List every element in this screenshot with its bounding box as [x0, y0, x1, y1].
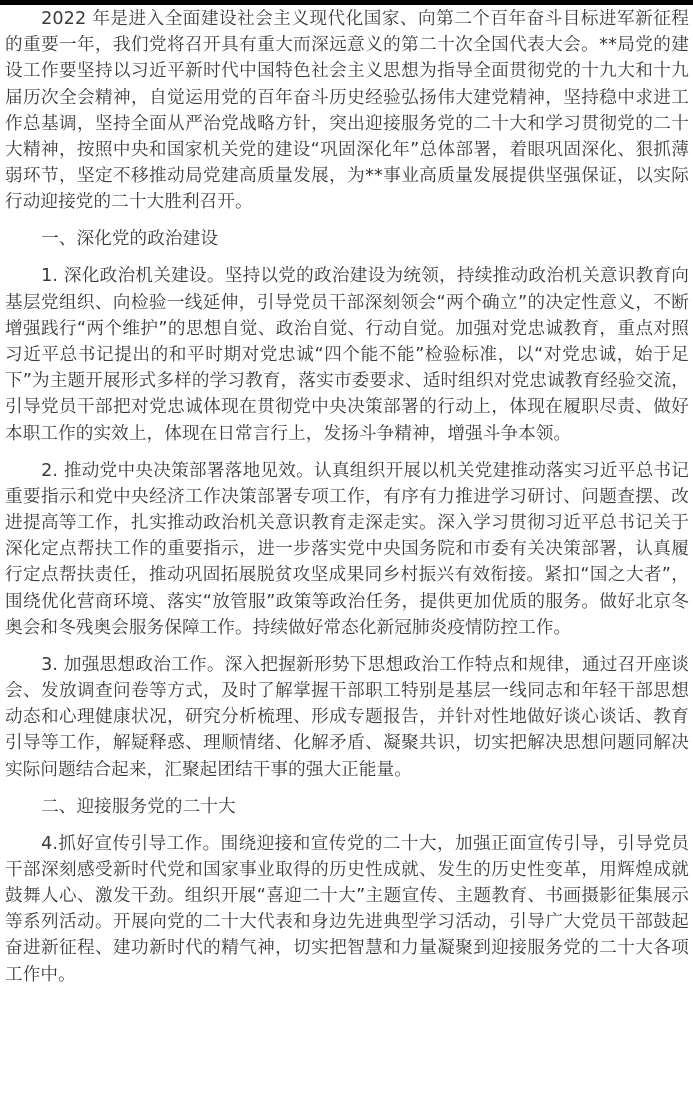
section-heading-2: 二、迎接服务党的二十大: [5, 794, 689, 820]
document-body: 2022 年是进入全面建设社会主义现代化国家、向第二个百年奋斗目标进军新征程的重…: [5, 6, 689, 999]
top-edge-bar: [0, 0, 693, 5]
intro-paragraph: 2022 年是进入全面建设社会主义现代化国家、向第二个百年奋斗目标进军新征程的重…: [5, 6, 689, 216]
paragraph-item-2: 2. 推动党中央决策部署落地见效。认真组织开展以机关党建推动落实习近平总书记重要…: [5, 458, 689, 641]
paragraph-item-3: 3. 加强思想政治工作。深入把握新形势下思想政治工作特点和规律，通过召开座谈会、…: [5, 652, 689, 783]
paragraph-item-4: 4.抓好宣传引导工作。围绕迎接和宣传党的二十大，加强正面宣传引导，引导党员干部深…: [5, 831, 689, 988]
paragraph-item-1: 1. 深化政治机关建设。坚持以党的政治建设为统领，持续推动政治机关意识教育向基层…: [5, 263, 689, 446]
section-heading-1: 一、深化党的政治建设: [5, 226, 689, 252]
